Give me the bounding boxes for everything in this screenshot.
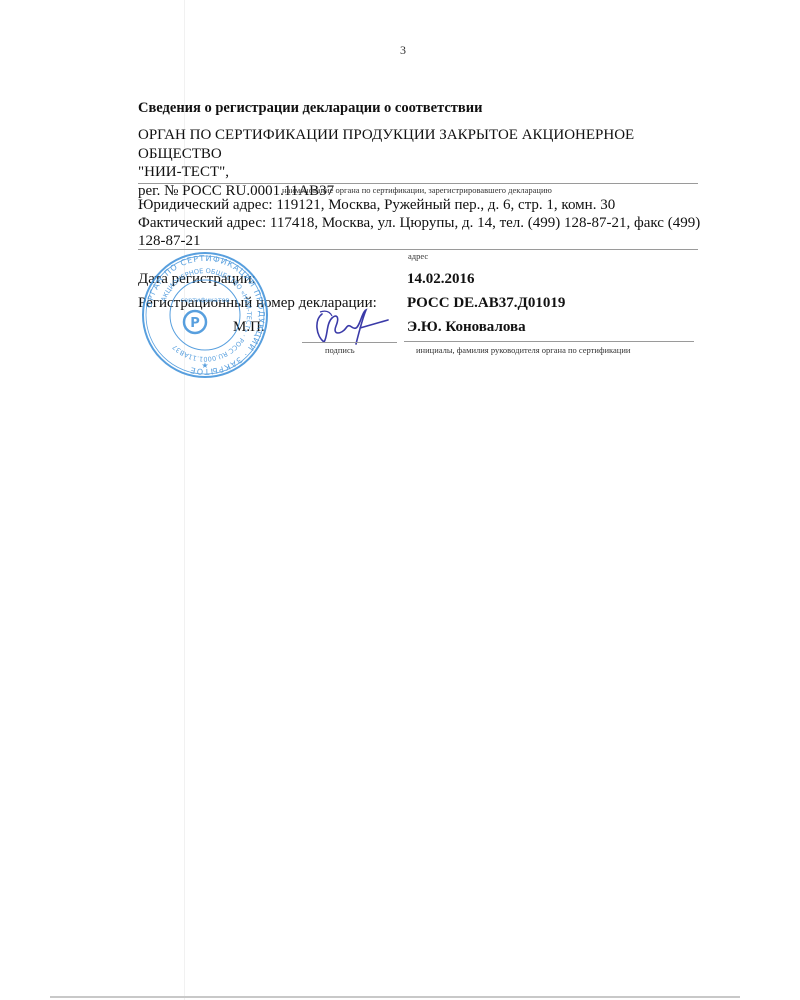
svg-text:АКЦИОНЕРНОЕ ОБЩЕСТВО «НИИ-ТЕСТ: АКЦИОНЕРНОЕ ОБЩЕСТВО «НИИ-ТЕСТ» · РОСС R…: [159, 267, 253, 363]
actual-address-line-1: Фактический адрес: 117418, Москва, ул. Ц…: [138, 214, 708, 232]
signature-caption: подпись: [325, 345, 355, 355]
organization-line-1: ОРГАН ПО СЕРТИФИКАЦИИ ПРОДУКЦИИ ЗАКРЫТОЕ…: [138, 126, 708, 163]
signature-image: [312, 306, 392, 346]
page-bottom-edge: [50, 996, 740, 998]
registration-number-value: РОСС DE.АВ37.Д01019: [407, 295, 565, 312]
section-title: Сведения о регистрации декларации о соот…: [138, 100, 482, 117]
organization-underline: [138, 183, 698, 184]
svg-text:Р: Р: [190, 316, 200, 331]
svg-text:★: ★: [201, 361, 208, 370]
signature-underline: [302, 342, 397, 343]
legal-address: Юридический адрес: 119121, Москва, Ружей…: [138, 196, 708, 214]
organization-line-2: "НИИ-ТЕСТ",: [138, 163, 708, 182]
signer-name: Э.Ю. Коновалова: [407, 319, 526, 336]
registration-date-value: 14.02.2016: [407, 271, 475, 288]
organization-caption: наименование органа по сертификации, зар…: [282, 185, 552, 195]
actual-address-line-2: 128-87-21: [138, 232, 708, 250]
certification-seal-stamp: ОРГАН ПО СЕРТИФИКАЦИИ ПРОДУКЦИИ · ЗАКРЫТ…: [140, 250, 270, 380]
document-page: 3 Сведения о регистрации декларации о со…: [0, 0, 800, 1000]
address-block: Юридический адрес: 119121, Москва, Ружей…: [138, 196, 708, 250]
address-caption: адрес: [408, 251, 428, 261]
svg-text:сертификатов: сертификатов: [181, 296, 230, 304]
signer-underline: [404, 341, 694, 342]
signer-caption: инициалы, фамилия руководителя органа по…: [416, 345, 630, 355]
page-number: 3: [400, 43, 406, 58]
